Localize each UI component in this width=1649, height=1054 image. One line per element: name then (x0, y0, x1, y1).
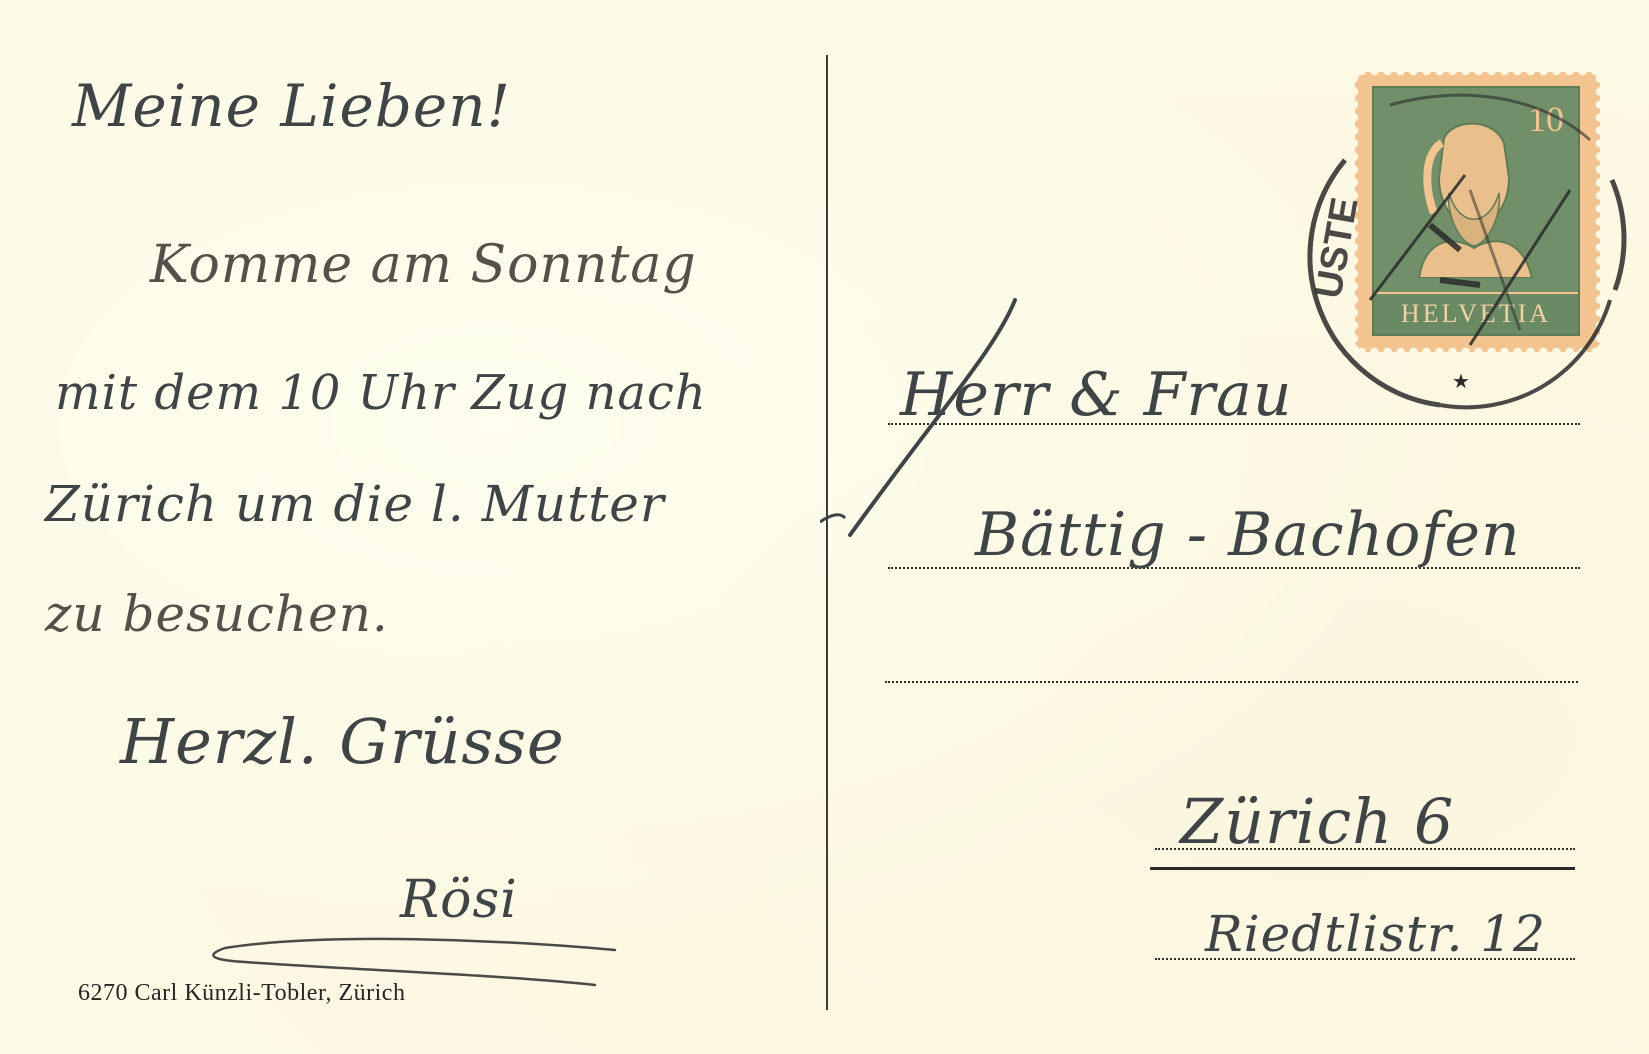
message-line-1: Komme am Sonntag (150, 235, 697, 295)
postmark-star-icon: ★ (1452, 369, 1470, 393)
stamp-design: 10 HELVETIA (1372, 86, 1580, 336)
stamp-country-band: HELVETIA (1374, 292, 1578, 334)
signature: Rösi (400, 870, 518, 930)
postage-stamp: 10 HELVETIA (1355, 72, 1600, 352)
message-line-4: zu besuchen. (45, 585, 389, 643)
message-line-2: mit dem 10 Uhr Zug nach (55, 365, 707, 421)
address-line-3-rule (885, 681, 1578, 683)
address-city-underline (1150, 867, 1575, 870)
salutation: Meine Lieben! (72, 72, 511, 140)
handwriting-flourish (820, 290, 1040, 550)
stamp-country: HELVETIA (1401, 299, 1551, 329)
postcard: Meine Lieben! Komme am Sonntag mit dem 1… (0, 0, 1649, 1054)
address-name: Bättig - Bachofen (975, 500, 1521, 570)
address-city: Zürich 6 (1180, 785, 1454, 858)
message-line-3: Zürich um die l. Mutter (45, 475, 665, 533)
publisher-imprint: 6270 Carl Künzli-Tobler, Zürich (78, 980, 405, 1007)
closing: Herzl. Grüsse (120, 705, 565, 778)
stamp-portrait-icon (1414, 118, 1534, 278)
address-street: Riedtlistr. 12 (1205, 905, 1546, 963)
